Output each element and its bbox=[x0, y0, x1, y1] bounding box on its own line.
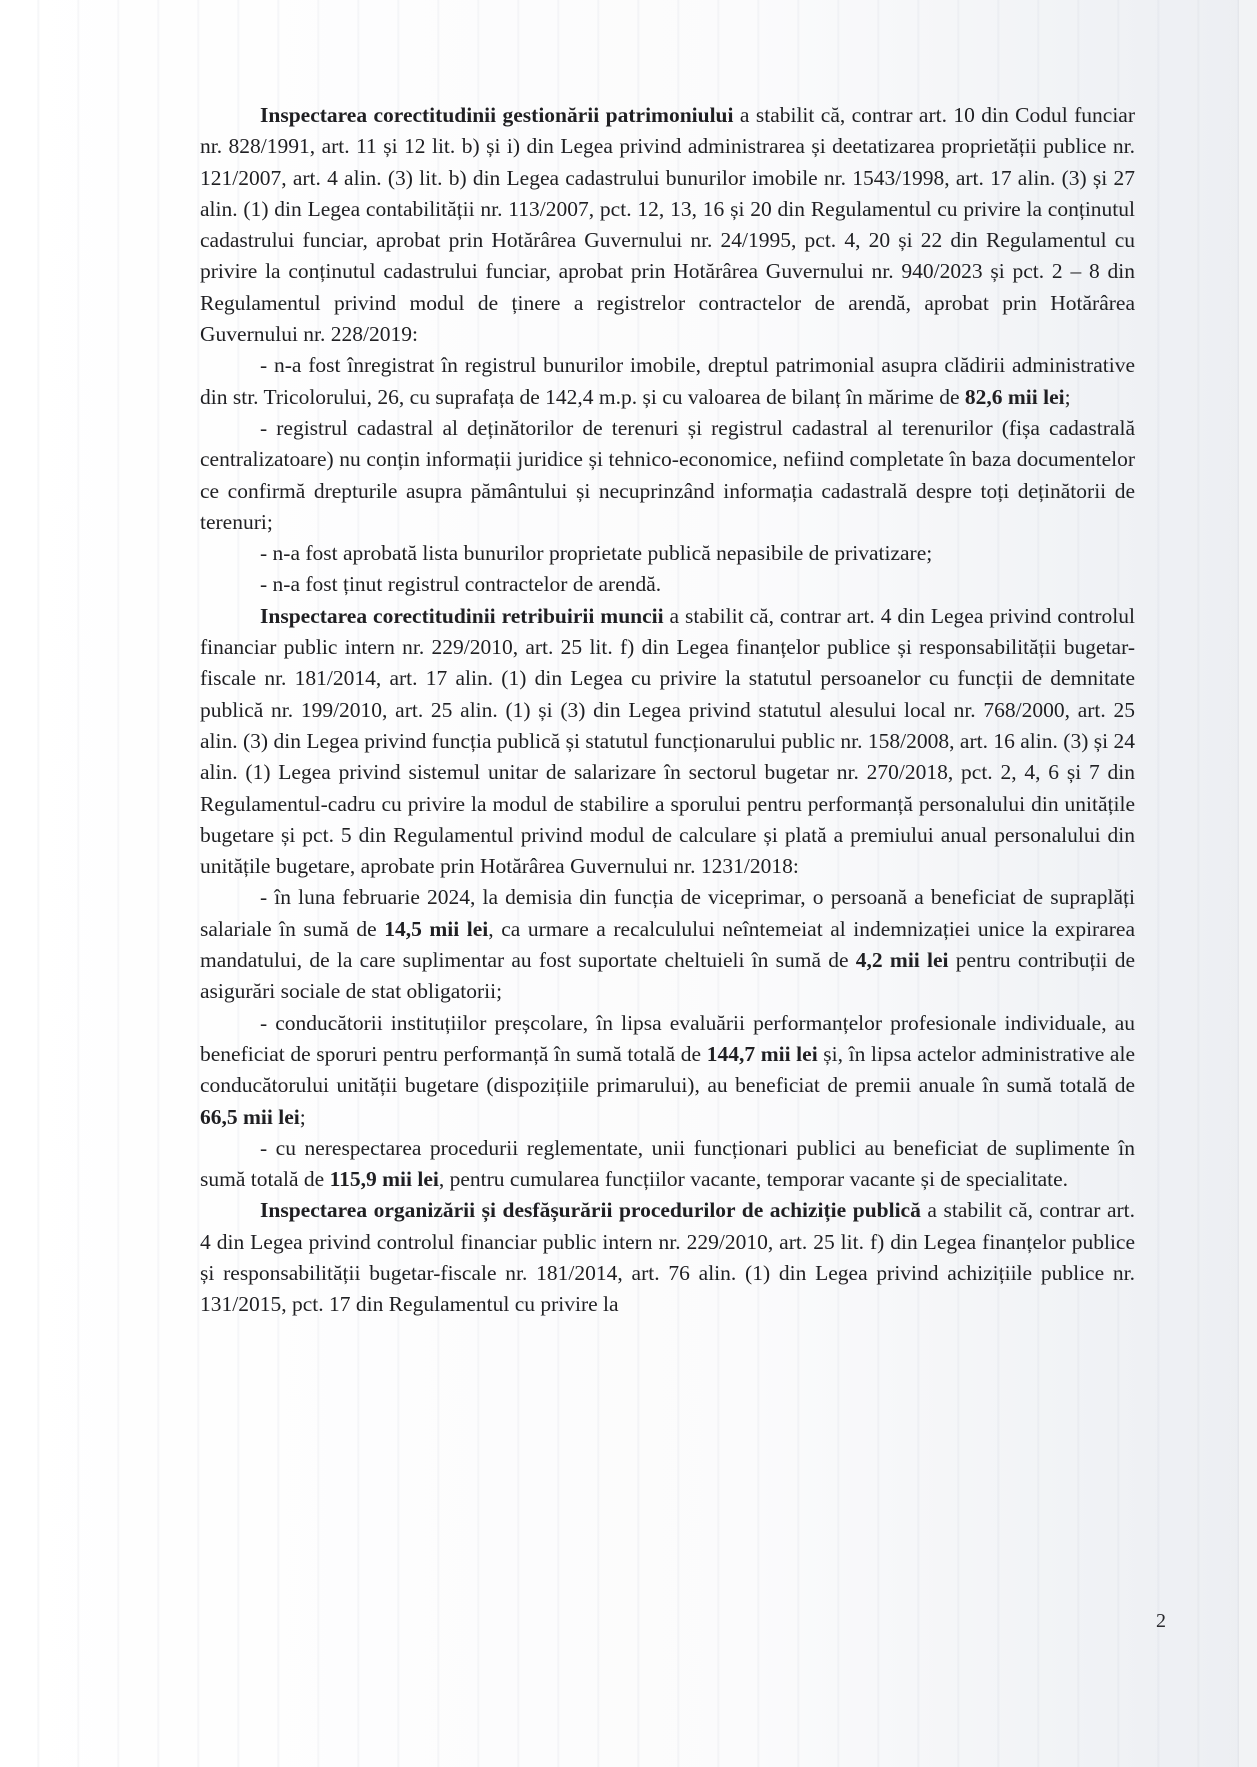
section-heading: Inspectarea corectitudinii gestionării p… bbox=[260, 103, 734, 127]
section-intro-text: a stabilit că, contrar art. 10 din Codul… bbox=[200, 103, 1135, 346]
finding-amount: 82,6 mii lei bbox=[965, 385, 1065, 409]
finding-item: - n-a fost înregistrat în registrul bunu… bbox=[200, 350, 1135, 413]
section-achizitii-intro: Inspectarea organizării și desfășurării … bbox=[200, 1195, 1135, 1320]
finding-amount: 14,5 mii lei bbox=[384, 917, 488, 941]
finding-text: - n-a fost aprobată lista bunurilor prop… bbox=[260, 541, 932, 565]
finding-item: - n-a fost ținut registrul contractelor … bbox=[200, 569, 1135, 600]
section-heading: Inspectarea organizării și desfășurării … bbox=[260, 1198, 921, 1222]
section-heading: Inspectarea corectitudinii retribuirii m… bbox=[260, 604, 664, 628]
finding-text-end: ; bbox=[300, 1105, 306, 1129]
finding-text: - registrul cadastral al deținătorilor d… bbox=[200, 416, 1135, 534]
finding-item: - conducătorii instituțiilor preșcolare,… bbox=[200, 1008, 1135, 1133]
finding-amount: 115,9 mii lei bbox=[330, 1167, 439, 1191]
page-edge bbox=[1238, 0, 1257, 1767]
finding-item: - în luna februarie 2024, la demisia din… bbox=[200, 882, 1135, 1007]
finding-item: - n-a fost aprobată lista bunurilor prop… bbox=[200, 538, 1135, 569]
finding-amount: 66,5 mii lei bbox=[200, 1105, 300, 1129]
finding-text-end: , pentru cumularea funcțiilor vacante, t… bbox=[439, 1167, 1068, 1191]
finding-item: - registrul cadastral al deținătorilor d… bbox=[200, 413, 1135, 538]
finding-amount: 144,7 mii lei bbox=[707, 1042, 818, 1066]
finding-amount: 4,2 mii lei bbox=[856, 948, 949, 972]
finding-text: - n-a fost ținut registrul contractelor … bbox=[260, 572, 661, 596]
section-patrimoniu-intro: Inspectarea corectitudinii gestionării p… bbox=[200, 100, 1135, 350]
finding-text-end: ; bbox=[1065, 385, 1071, 409]
section-intro-text: a stabilit că, contrar art. 4 din Legea … bbox=[200, 604, 1135, 878]
section-retribuire-intro: Inspectarea corectitudinii retribuirii m… bbox=[200, 601, 1135, 883]
page-number: 2 bbox=[1156, 1610, 1166, 1633]
document-body: Inspectarea corectitudinii gestionării p… bbox=[200, 100, 1135, 1321]
finding-item: - cu nerespectarea procedurii reglementa… bbox=[200, 1133, 1135, 1196]
